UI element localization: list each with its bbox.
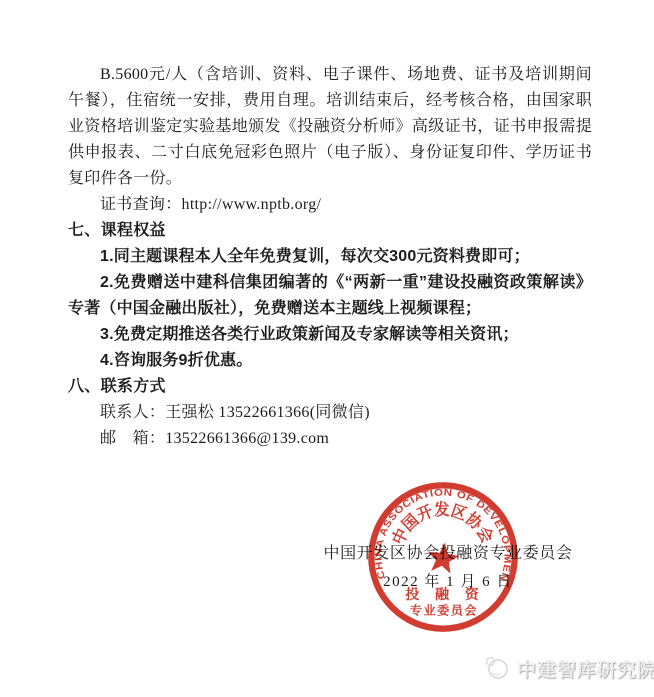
contact-person-line: 联系人：王强松 13522661366(同微信) <box>68 400 592 426</box>
document-body: B.5600元/人（含培训、资料、电子课件、场地费、证书及培训期间午餐），住宿统… <box>68 62 592 452</box>
cert-query-line: 证书查询：http://www.nptb.org/ <box>68 192 592 218</box>
seal-star-icon <box>425 540 460 574</box>
watermark-logo-icon <box>482 653 512 683</box>
watermark-text: 中建智库研究院 <box>517 655 654 682</box>
benefit-item-3: 3.免费定期推送各类行业政策新闻及专家解读等相关资讯； <box>68 322 592 348</box>
publisher-watermark: 中建智库研究院 <box>482 653 654 683</box>
benefit-item-1: 1.同主题课程本人全年免费复训，每次交300元资料费即可； <box>68 244 592 270</box>
official-seal-stamp: CHINA ASSOCIATION OF DEVELOPMENT ZONES 中… <box>365 479 521 635</box>
benefit-item-4: 4.咨询服务9折优惠。 <box>68 348 592 374</box>
document-page: B.5600元/人（含培训、资料、电子课件、场地费、证书及培训期间午餐），住宿统… <box>0 0 654 697</box>
seal-bottom-line2: 专业委员会 <box>410 603 478 618</box>
benefit-item-2: 2.免费赠送中建科信集团编著的《“两新一重”建设投融资政策解读》专著（中国金融出… <box>68 270 592 322</box>
section-heading-contact: 八、联系方式 <box>68 374 592 400</box>
seal-bottom-line1: 投 融 资 <box>405 586 484 602</box>
section-heading-course-benefits: 七、课程权益 <box>68 218 592 244</box>
cert-query-label: 证书查询： <box>100 196 182 213</box>
paragraph-price-b: B.5600元/人（含培训、资料、电子课件、场地费、证书及培训期间午餐），住宿统… <box>68 62 592 192</box>
cert-query-url[interactable]: http://www.nptb.org/ <box>182 196 322 213</box>
contact-email-line: 邮 箱：13522661366@139.com <box>68 426 592 452</box>
